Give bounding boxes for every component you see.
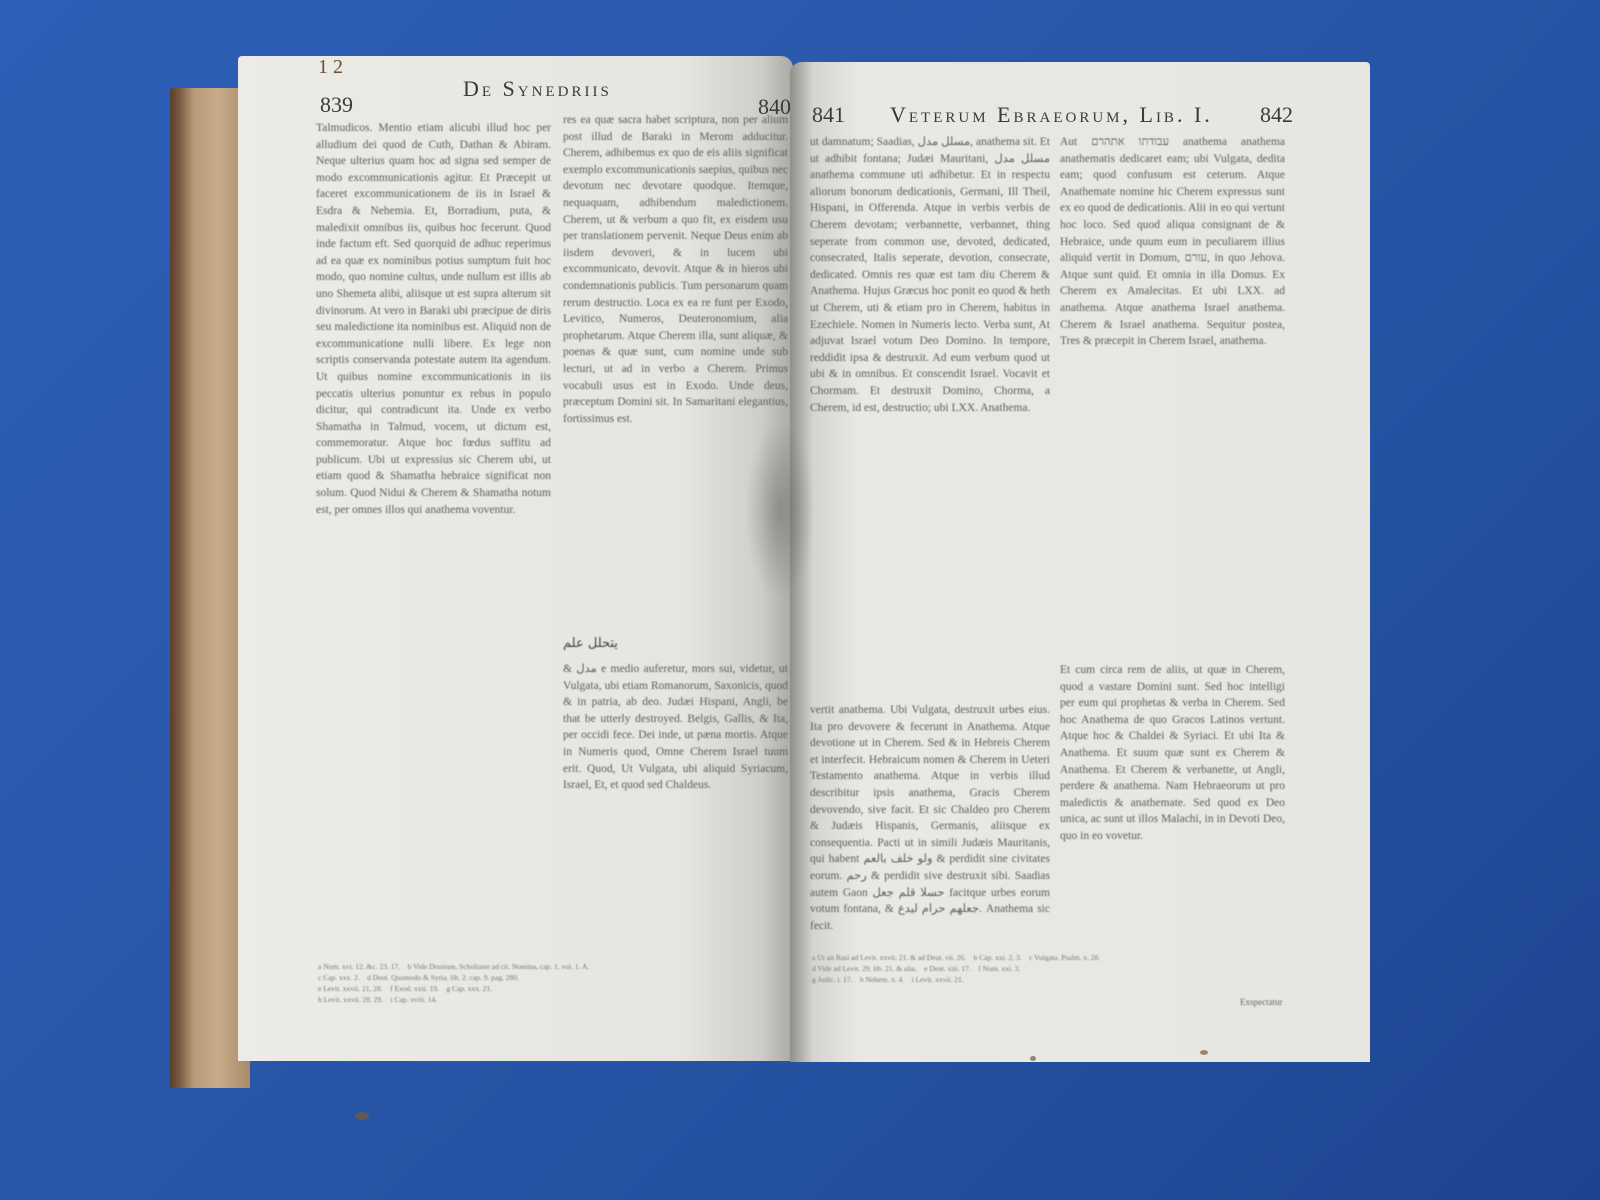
column-text: Et cum circa rem de aliis, ut quæ in Che…	[1060, 662, 1285, 845]
column-text: & مدل e medio auferetur, mors sui, videt…	[563, 661, 788, 794]
footnote: d Deut. Quomodo & Syria. lib. 2. cap. 9.…	[367, 973, 519, 982]
text-column-1: Talmudicos. Mentio etiam alicubi illud h…	[316, 120, 551, 980]
footnote: b Cap. xxi. 2, 3.	[974, 953, 1022, 962]
text-column-1: ut damnatum; Saadias, مسلل مدل, anathema…	[810, 134, 1050, 694]
text-column-2-lower: Et cum circa rem de aliis, ut quæ in Che…	[1060, 662, 1285, 942]
footnote: h Nehem. x. 4.	[860, 975, 904, 984]
footnote: g Judic. i. 17.	[812, 975, 852, 984]
running-head-left: De Synedriis	[463, 76, 612, 102]
footnote: f Num. xxi. 3.	[978, 964, 1020, 973]
footnotes-left: a Num. xvi. 12. &c. 23. 17. b Vide Drusi…	[318, 961, 778, 1005]
page-number-839: 839	[320, 92, 353, 118]
footnote: c Cap. xxx. 2.	[318, 973, 360, 982]
text-column-2-lower: & مدل e medio auferetur, mors sui, videt…	[563, 661, 788, 981]
paper-stain	[1200, 1050, 1208, 1055]
left-page: 839 De Synedriis 840 1 2 Talmudicos. Men…	[238, 56, 793, 1061]
footnote: b Vide Drusium, Scholiaste ad cit. Nomin…	[408, 962, 590, 971]
arabic-line: يتحلل علم	[563, 636, 788, 656]
footnote: f Exod. xxii. 19.	[390, 984, 439, 993]
footnotes-right: a Ut ait Rasi ad Levit. xxvii. 21. & ad …	[812, 952, 1292, 985]
running-head-right: Veterum Ebraeorum, Lib. I.	[890, 102, 1213, 128]
column-text: Talmudicos. Mentio etiam alicubi illud h…	[316, 120, 551, 518]
paper-stain	[355, 1112, 369, 1120]
text-column-1-lower: vertit anathema. Ubi Vulgata, destruxit …	[810, 702, 1050, 942]
column-text: vertit anathema. Ubi Vulgata, destruxit …	[810, 702, 1050, 934]
paper-stain	[1030, 1056, 1036, 1061]
footnote: g Cap. xxx. 21.	[446, 984, 492, 993]
footnote: a Num. xvi. 12. &c. 23. 17.	[318, 962, 400, 971]
footnote: d Vide ad Levit. 29. lib. 21. & alia.	[812, 964, 917, 973]
right-page: 841 Veterum Ebraeorum, Lib. I. 842 ut da…	[790, 62, 1370, 1062]
arabic-text: يتحلل علم	[563, 636, 618, 651]
column-text: Aut עבודתו אתהרם anathema anathema anath…	[1060, 134, 1285, 350]
page-number-841: 841	[812, 102, 845, 128]
column-text: res ea quæ sacra habet scriptura, non pe…	[563, 112, 788, 427]
footnote: i Cap. xviii. 14.	[391, 995, 438, 1004]
handwritten-mark: 1 2	[318, 56, 343, 79]
column-text: ut damnatum; Saadias, مسلل مدل, anathema…	[810, 134, 1050, 416]
footnote: a Ut ait Rasi ad Levit. xxvii. 21. & ad …	[812, 953, 966, 962]
footnote: i Levit. xxvii. 21.	[912, 975, 964, 984]
text-column-2: Aut עבודתו אתהרם anathema anathema anath…	[1060, 134, 1285, 654]
footnote: h Levit. xxvii. 28. 29.	[318, 995, 383, 1004]
catchword: Exspectatur	[1240, 997, 1282, 1007]
footnote: e Levit. xxvii. 21, 28.	[318, 984, 383, 993]
page-number-842: 842	[1260, 102, 1293, 128]
page-gutter-shadow	[745, 420, 815, 600]
footnote: e Deut. xiii. 17.	[924, 964, 971, 973]
footnote: c Vulgata. Psalm. x. 28.	[1029, 953, 1100, 962]
